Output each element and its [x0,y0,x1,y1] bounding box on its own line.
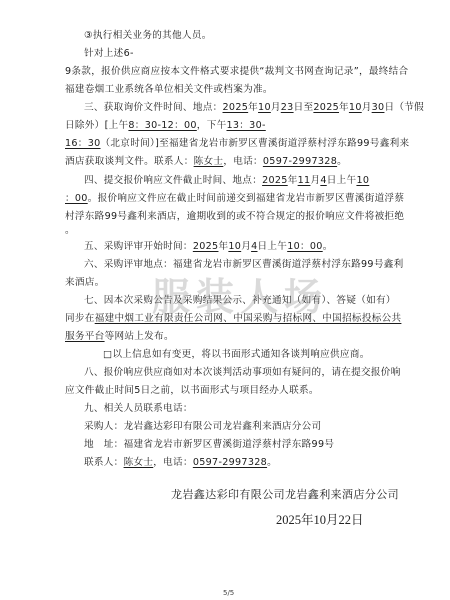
section-6-line-2: 来酒店。 [65,276,105,290]
text: （北京时间）]至福建省龙岩市新罗区曹溪街道浮蔡村浮东路99号鑫利来 [101,138,410,149]
buyer-line: 采购人：龙岩鑫达彩印有限公司龙岩鑫利来酒店分公司 [84,420,321,434]
text: 。 [323,241,333,252]
website-list: 福建中烟工业有限责任公司网、中国采购与招标网、中国招标投标公共 [95,313,402,324]
label: 采购人： [84,421,124,432]
section-5: 五、采购评审开始时间：2025年10月4日上午10：00。 [84,240,333,254]
date-value: 2025 [193,241,219,252]
time-value: 8：30-12：00 [128,120,196,131]
text: 至 [303,102,313,113]
label: 联系人： [84,457,124,468]
document-page: ③执行相关业务的其他人员。 针对上述6- 9条款，报价供应商应按本文件格式要求提… [0,0,450,600]
section-4-line-1: 四、提交报价响应文件截止时间、地点：2025年11月4日上午10 [84,174,369,188]
contact-line: 联系人：陈女士，电话：0597-2997328。 [84,456,277,470]
section-8-line-2: 应文件截止时间5日之前，以书面形式与项目经办人联系。 [65,384,319,398]
buyer-name: 龙岩鑫达彩印有限公司龙岩鑫利来酒店分公司 [124,421,322,432]
time-value: 10 [356,175,369,186]
section-3-line-2: 日除外）[上午8：30-12：00，下午13：30- [65,119,266,133]
section-3-line-1: 三、获取询价文件时间、地点：2025年10月23日至2025年10月30日（节假 [84,101,424,115]
paragraph-line: 福建卷烟工业系统各单位相关文件或档案为准。 [65,83,273,97]
paragraph-line: ③执行相关业务的其他人员。 [84,29,212,43]
date-value: 10 [228,241,241,252]
date-value: 11 [298,175,311,186]
paragraph-line: 9条款，报价供应商应按本文件格式要求提供“裁判文书网查询记录”，最终结合 [65,65,408,79]
label: ，电话： [153,457,193,468]
section-7-line-1: 七、因本次采购公告及采购结果公示、补充通知（如有）、答疑（如有） [84,294,396,308]
section-6-line-1: 六、采购评审地点：福建省龙岩市新罗区曹溪街道浮蔡村浮东路99号鑫利 [84,258,404,272]
page-number: 5/5 [223,589,234,597]
time-value: 16：30 [65,138,101,149]
text: 等网站上发布。 [105,331,174,342]
contact-name: 陈女士 [124,457,154,468]
contact-name: 陈女士 [194,156,224,167]
phone-number: 0597-2997328 [193,457,267,468]
date-value: 30 [372,102,385,113]
website-list: 服务平台 [65,331,105,342]
text: 酒店获取谈判文件。联系人： [65,156,194,167]
section-7-line-2: 同步在福建中烟工业有限责任公司网、中国采购与招标网、中国招标投标公共 [65,312,401,326]
section-7-note: □以上信息如有变更，将以书面形式通知各谈判响应供应商。 [103,348,370,362]
signature-date: 2025年10月22日 [276,510,364,528]
time-value: ：00 [65,193,88,204]
section-4-line-4: 。 [65,224,75,238]
text: 同步在 [65,313,95,324]
date-value: 2025 [262,175,288,186]
time-value: 13：30- [226,120,265,131]
section-4-line-3: 村浮东路99号鑫利来酒店，逾期收到的或不符合规定的报价响应文件将被拒绝 [65,210,404,224]
date-value: 2025 [313,102,339,113]
text: 。 [337,156,347,167]
time-value: 10：00 [287,241,323,252]
text: 四、提交报价响应文件截止时间、地点： [84,175,262,186]
text: ，下午 [197,120,227,131]
address-line: 地 址：福建省龙岩市新罗区曹溪街道浮蔡村浮东路99号 [84,438,334,452]
date-value: 10 [258,102,271,113]
text: 五、采购评审开始时间： [84,241,193,252]
signature-company: 龙岩鑫达彩印有限公司龙岩鑫利来酒店分公司 [171,486,399,502]
phone-number: 0597-2997328 [263,156,337,167]
text: 日上午 [327,175,357,186]
text: ，电话： [223,156,263,167]
date-value: 10 [349,102,362,113]
text: 三、获取询价文件时间、地点： [84,102,223,113]
text: 。报价响应文件应在截止时间前递交到福建省龙岩市新罗区曹溪街道浮蔡 [88,193,405,204]
paragraph-line: 针对上述6- [84,47,134,61]
text: 日除外）[上午 [65,120,128,131]
section-9-title: 九、相关人员联系电话： [84,402,193,416]
date-value: 23 [281,102,294,113]
section-4-line-2: ：00。报价响应文件应在截止时间前递交到福建省龙岩市新罗区曹溪街道浮蔡 [65,192,404,206]
section-8-line-1: 八、报价响应供应商如对本次谈判活动事项如有疑问的，请在提交报价响 [84,366,401,380]
address: 福建省龙岩市新罗区曹溪街道浮蔡村浮东路99号 [124,439,335,450]
section-7-line-3: 服务平台等网站上发布。 [65,330,174,344]
date-value: 2025 [223,102,249,113]
section-3-line-3: 16：30（北京时间）]至福建省龙岩市新罗区曹溪街道浮蔡村浮东路99号鑫利来 [65,137,409,151]
label: 地 址： [84,439,124,450]
section-3-line-4: 酒店获取谈判文件。联系人：陈女士，电话：0597-2997328。 [65,155,347,169]
text: 。 [267,457,277,468]
text: 日上午 [258,241,288,252]
text: 日（节假 [384,102,424,113]
